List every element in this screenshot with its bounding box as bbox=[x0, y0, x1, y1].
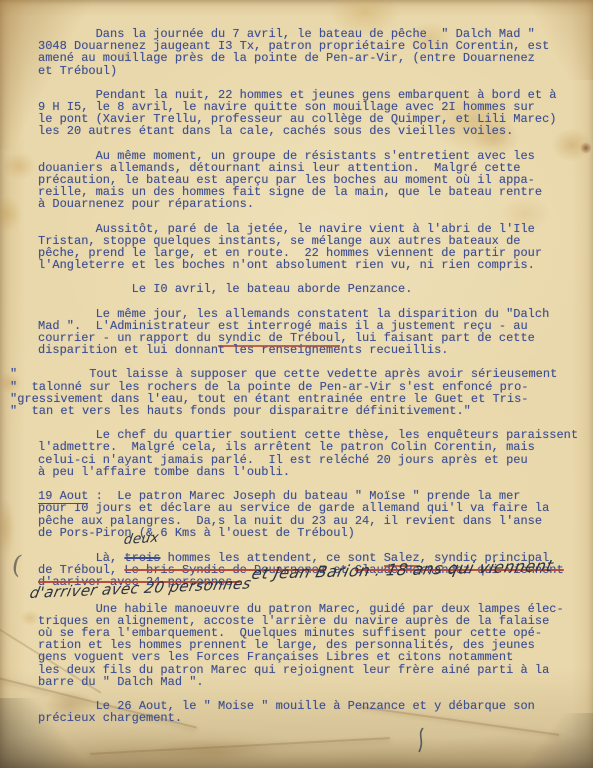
document-page: Dans la journée du 7 avril, le bateau de… bbox=[0, 0, 593, 768]
typed-line: l'Angleterre et les boches n'ont absolum… bbox=[38, 259, 593, 271]
typed-line: Aussitôt, paré de la jetée, le navire vi… bbox=[38, 223, 593, 235]
typed-line: précieux chargement. bbox=[38, 712, 593, 724]
typed-line: Une habile manoeuvre du patron Marec, gu… bbox=[38, 603, 593, 615]
document-body: Dans la journée du 7 avril, le bateau de… bbox=[0, 0, 593, 736]
paragraph-8: Le chef du quartier soutient cette thèse… bbox=[38, 429, 593, 478]
typed-line: pour I0 jours et déclare au service de g… bbox=[38, 502, 593, 514]
typed-line: amené au mouillage près de la pointe de … bbox=[38, 52, 593, 64]
typed-line: Au même moment, un groupe de résistants … bbox=[38, 150, 593, 162]
paper-stain bbox=[150, 738, 280, 768]
paper-crease bbox=[90, 737, 390, 755]
paragraph-12: Le 26 Aout, le " Moise " mouille à Penza… bbox=[38, 700, 593, 724]
typed-line: " tan et vers les hauts fonds pour dispa… bbox=[10, 405, 593, 417]
paragraph-11: Une habile manoeuvre du patron Marec, gu… bbox=[38, 603, 593, 688]
typed-line: gens voguent vers les Forces Françaises … bbox=[38, 651, 593, 663]
paragraph-4: Aussitôt, paré de la jetée, le navire vi… bbox=[38, 223, 593, 272]
typed-line: les 20 autres étant dans la cale, cachés… bbox=[38, 125, 593, 137]
paragraph-5: Le I0 avril, le bateau aborde Penzance. bbox=[38, 283, 593, 295]
typed-line: les deux fils du patron Marec qui rejoig… bbox=[38, 664, 593, 676]
typed-line: l'admettre. Malgré cela, ils arrêtent le… bbox=[38, 441, 593, 453]
ink-squiggle-mark bbox=[414, 727, 428, 753]
paragraph-3: Au même moment, un groupe de résistants … bbox=[38, 150, 593, 211]
typed-line: Le I0 avril, le bateau aborde Penzance. bbox=[38, 283, 593, 295]
paragraph-1: Dans la journée du 7 avril, le bateau de… bbox=[38, 28, 593, 77]
paragraph-7-quotation: " Tout laisse à supposer que cette vedet… bbox=[10, 368, 593, 417]
typed-line: de Pors-Piron (& 6 Kms à l'ouest de Tréb… bbox=[38, 527, 593, 539]
handwritten-correction-deux: deux bbox=[123, 529, 160, 548]
typed-line: barre du " Dalch Mad ". bbox=[38, 676, 593, 688]
paragraph-6: Le même jour, les allemands constatent l… bbox=[38, 308, 593, 357]
typed-line: " Tout laisse à supposer que cette vedet… bbox=[10, 368, 593, 380]
typed-line: à peu l'affaire tombe dans l'oubli. bbox=[38, 466, 593, 478]
typed-line: à Douarnenez pour réparations. bbox=[38, 198, 593, 210]
paragraph-9: 19 Aout : Le patron Marec Joseph du bate… bbox=[38, 490, 593, 539]
typed-line: disparition et lui donnant les renseigne… bbox=[38, 344, 593, 356]
typed-line: et Tréboul) bbox=[38, 65, 593, 77]
paragraph-2: Pendant la nuit, 22 hommes et jeunes gen… bbox=[38, 89, 593, 138]
typed-line: pêche aux palangres. Da,s la nuit du 23 … bbox=[38, 515, 593, 527]
